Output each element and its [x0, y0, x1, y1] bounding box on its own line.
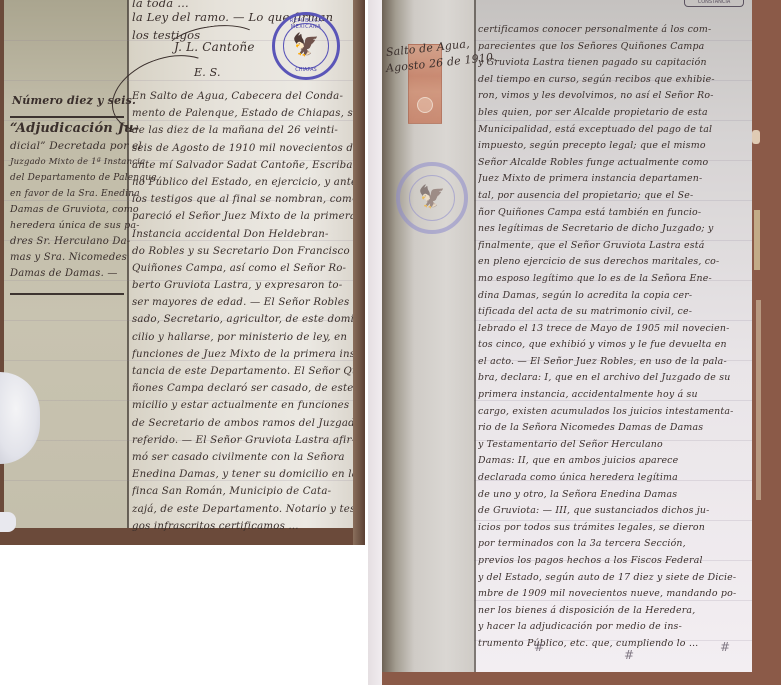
handwritten-line: finca San Román, Municipio de Cata-	[132, 483, 358, 500]
handwritten-line: ron, vimos y les devolvimos, no así el S…	[478, 88, 750, 105]
left-body-text: En Salto de Agua, Cabecera del Conda-men…	[132, 88, 358, 535]
handwritten-line: sado, Secretario, agricultor, de este do…	[132, 311, 358, 328]
handwritten-line: berto Gruviota Lastra, y expresaron to-	[132, 277, 358, 294]
handwritten-line: mento de Palenque, Estado de Chiapas, si…	[132, 105, 358, 122]
handwritten-line: ñones Campa declaró ser casado, de este …	[132, 380, 358, 397]
handwritten-line: finalmente, que el Señor Gruviota Lastra…	[478, 238, 750, 255]
binding-edge	[353, 0, 365, 545]
handwritten-line: En Salto de Agua, Cabecera del Conda-	[132, 88, 358, 105]
handwritten-line: del tiempo en curso, según recibos que e…	[478, 72, 750, 89]
left-page-paper: la toda … la Ley del ramo. — Lo que firm…	[4, 0, 360, 528]
handwritten-line: previos los pagos hechos a los Fiscos Fe…	[478, 553, 750, 570]
handwritten-line: ser mayores de edad. — El Señor Robles c…	[132, 294, 358, 311]
handwritten-line: trumento Público, etc. que, cumpliendo l…	[478, 636, 750, 653]
handwritten-line: de uno y otro, la Señora Enedina Damas	[478, 487, 750, 504]
handwritten-line: el acto. — El Señor Juez Robles, en uso …	[478, 354, 750, 371]
handwritten-line: gos infrascritos certificamos …	[132, 518, 358, 535]
continuation-line: la toda …	[132, 0, 189, 10]
handwritten-line: primera instancia, accidentalmente hoy á…	[478, 387, 750, 404]
margin-line: Juzgado Mixto de 1ª Instancia	[10, 154, 126, 170]
margin-divider	[10, 293, 124, 295]
handwritten-line: y Gruviota Lastra tienen pagado su capit…	[478, 55, 750, 72]
handwritten-line: Instancia accidental Don Heldebran-	[132, 226, 358, 243]
handwritten-line: ner los bienes á disposición de la Hered…	[478, 603, 750, 620]
handwritten-line: Enedina Damas, y tener su domicilio en l…	[132, 466, 358, 483]
right-page-photo: CONSTANCIA certificamos conocer personal…	[368, 0, 781, 685]
handwritten-line: tancia de este Departamento. El Señor Qu…	[132, 363, 358, 380]
handwritten-line: tal, por ausencia del propietario; que e…	[478, 188, 750, 205]
handwritten-line: parecientes que los Señores Quiñones Cam…	[478, 39, 750, 56]
handwritten-line: y hacer la adjudicación por medio de ins…	[478, 619, 750, 636]
handwritten-line: icios por todos sus trámites legales, se…	[478, 520, 750, 537]
margin-line: dicial” Decretada por el	[10, 138, 126, 154]
margin-line: dres Sr. Herculano Da-	[10, 234, 126, 250]
handwritten-line: lebrado el 13 trece de Mayo de 1905 mil …	[478, 321, 750, 338]
margin-line: mas y Sra. Nicomedes	[10, 250, 126, 266]
handwritten-line: micilio y estar actualmente en funciones	[132, 397, 358, 414]
handwritten-line: rio de la Señora Nicomedes Damas de Dama…	[478, 420, 750, 437]
handwritten-line: Damas: II, que en ambos juicios aparece	[478, 453, 750, 470]
handwritten-line: tificada del acta de su matrimonio civil…	[478, 304, 750, 321]
handwritten-line: Juez Mixto de primera instancia departam…	[478, 171, 750, 188]
margin-divider	[10, 116, 124, 118]
record-number: Número diez y seis.	[12, 94, 136, 107]
handwritten-line: mó ser casado civilmente con la Señora	[132, 449, 358, 466]
gloved-hand	[0, 512, 16, 532]
official-seal: REPÚBLICA MEXICANA 🦅 CHIAPAS	[272, 12, 340, 80]
handwritten-line: funciones de Juez Mixto de la primera in…	[132, 346, 358, 363]
handwritten-line: Quiñones Campa, así como el Señor Ro-	[132, 260, 358, 277]
handwritten-line: mbre de 1909 mil novecientos nueve, mand…	[478, 586, 750, 603]
handwritten-line: no Público del Estado, en ejercicio, y a…	[132, 174, 358, 191]
torn-edge	[752, 130, 760, 144]
handwritten-line: tos cinco, que exhibió y vimos y le fue …	[478, 337, 750, 354]
handwritten-line: Municipalidad, está exceptuado del pago …	[478, 122, 750, 139]
left-page-photo: la toda … la Ley del ramo. — Lo que firm…	[0, 0, 365, 545]
handwritten-line: en pleno ejercicio de sus derechos marit…	[478, 254, 750, 271]
torn-edge	[754, 210, 760, 270]
handwritten-line: ñor Quiñones Campa está también en funci…	[478, 205, 750, 222]
handwritten-line: pareció el Señor Juez Mixto de la primer…	[132, 208, 358, 225]
header-stamp: CONSTANCIA	[684, 0, 744, 7]
margin-line: Damas de Damas. —	[10, 266, 126, 282]
handwritten-line: y del Estado, según auto de 17 diez y si…	[478, 570, 750, 587]
handwritten-line: cargo, existen acumulados los juicios in…	[478, 404, 750, 421]
footer-mark: #	[624, 648, 634, 662]
previous-page-edge	[368, 0, 382, 685]
torn-edge	[756, 300, 761, 500]
handwritten-line: cilio y hallarse, por ministerio de ley,…	[132, 329, 358, 346]
seal-bottom-text: CHIAPAS	[275, 67, 337, 73]
margin-title: “Adjudicación Ju-	[10, 120, 126, 138]
footer-mark: #	[534, 640, 544, 654]
handwritten-line: mo esposo legítimo que lo es de la Señor…	[478, 271, 750, 288]
margin-line: en favor de la Sra. Enedina	[10, 186, 126, 202]
margin-line: Damas de Gruviota, como	[10, 202, 126, 218]
faded-seal: 🦅	[396, 162, 468, 234]
eagle-icon: 🦅	[283, 23, 328, 68]
handwritten-line: nes legítimas de Secretario de dicho Juz…	[478, 221, 750, 238]
stamp-emblem-icon	[417, 97, 433, 113]
seal-ring-text: REPÚBLICA MEXICANA	[275, 18, 337, 30]
right-body-text: certificamos conocer personalmente á los…	[478, 22, 750, 653]
handwritten-line: seis de Agosto de 1910 mil novecientos d…	[132, 140, 358, 157]
eagle-icon: 🦅	[409, 175, 456, 222]
handwritten-line: dina Damas, según lo acredita la copia c…	[478, 288, 750, 305]
section-mark: E. S.	[194, 66, 221, 79]
handwritten-line: ante mí Salvador Sadat Cantoñe, Escriba-	[132, 157, 358, 174]
handwritten-line: impuesto, según precepto legal; que el m…	[478, 138, 750, 155]
handwritten-line: zajá, de este Departamento. Notario y te…	[132, 501, 358, 518]
handwritten-line: los testigos que al final se nombran, co…	[132, 191, 358, 208]
margin-line: del Departamento de Palenque,	[10, 170, 126, 186]
footer-mark: #	[720, 640, 730, 654]
handwritten-line: certificamos conocer personalmente á los…	[478, 22, 750, 39]
handwritten-line: bra, declara: I, que en el archivo del J…	[478, 370, 750, 387]
handwritten-line: de Secretario de ambos ramos del Juzgado	[132, 415, 358, 432]
handwritten-line: de las diez de la mañana del 26 veinti-	[132, 122, 358, 139]
handwritten-line: Señor Alcalde Robles funge actualmente c…	[478, 155, 750, 172]
handwritten-line: de Gruviota: — III, que sustanciados dic…	[478, 503, 750, 520]
handwritten-line: bles quien, por ser Alcalde propietario …	[478, 105, 750, 122]
handwritten-line: declarada como única heredera legítima	[478, 470, 750, 487]
handwritten-line: referido. — El Señor Gruviota Lastra afi…	[132, 432, 358, 449]
margin-note: “Adjudicación Ju- dicial” Decretada por …	[10, 120, 126, 282]
handwritten-line: por terminados con la 3a tercera Sección…	[478, 536, 750, 553]
margin-line: heredera única de sus pa-	[10, 218, 126, 234]
handwritten-line: y Testamentario del Señor Herculano	[478, 437, 750, 454]
margin-rule	[474, 0, 476, 672]
right-page-paper: CONSTANCIA certificamos conocer personal…	[474, 0, 752, 672]
handwritten-line: do Robles y su Secretario Don Francisco	[132, 243, 358, 260]
